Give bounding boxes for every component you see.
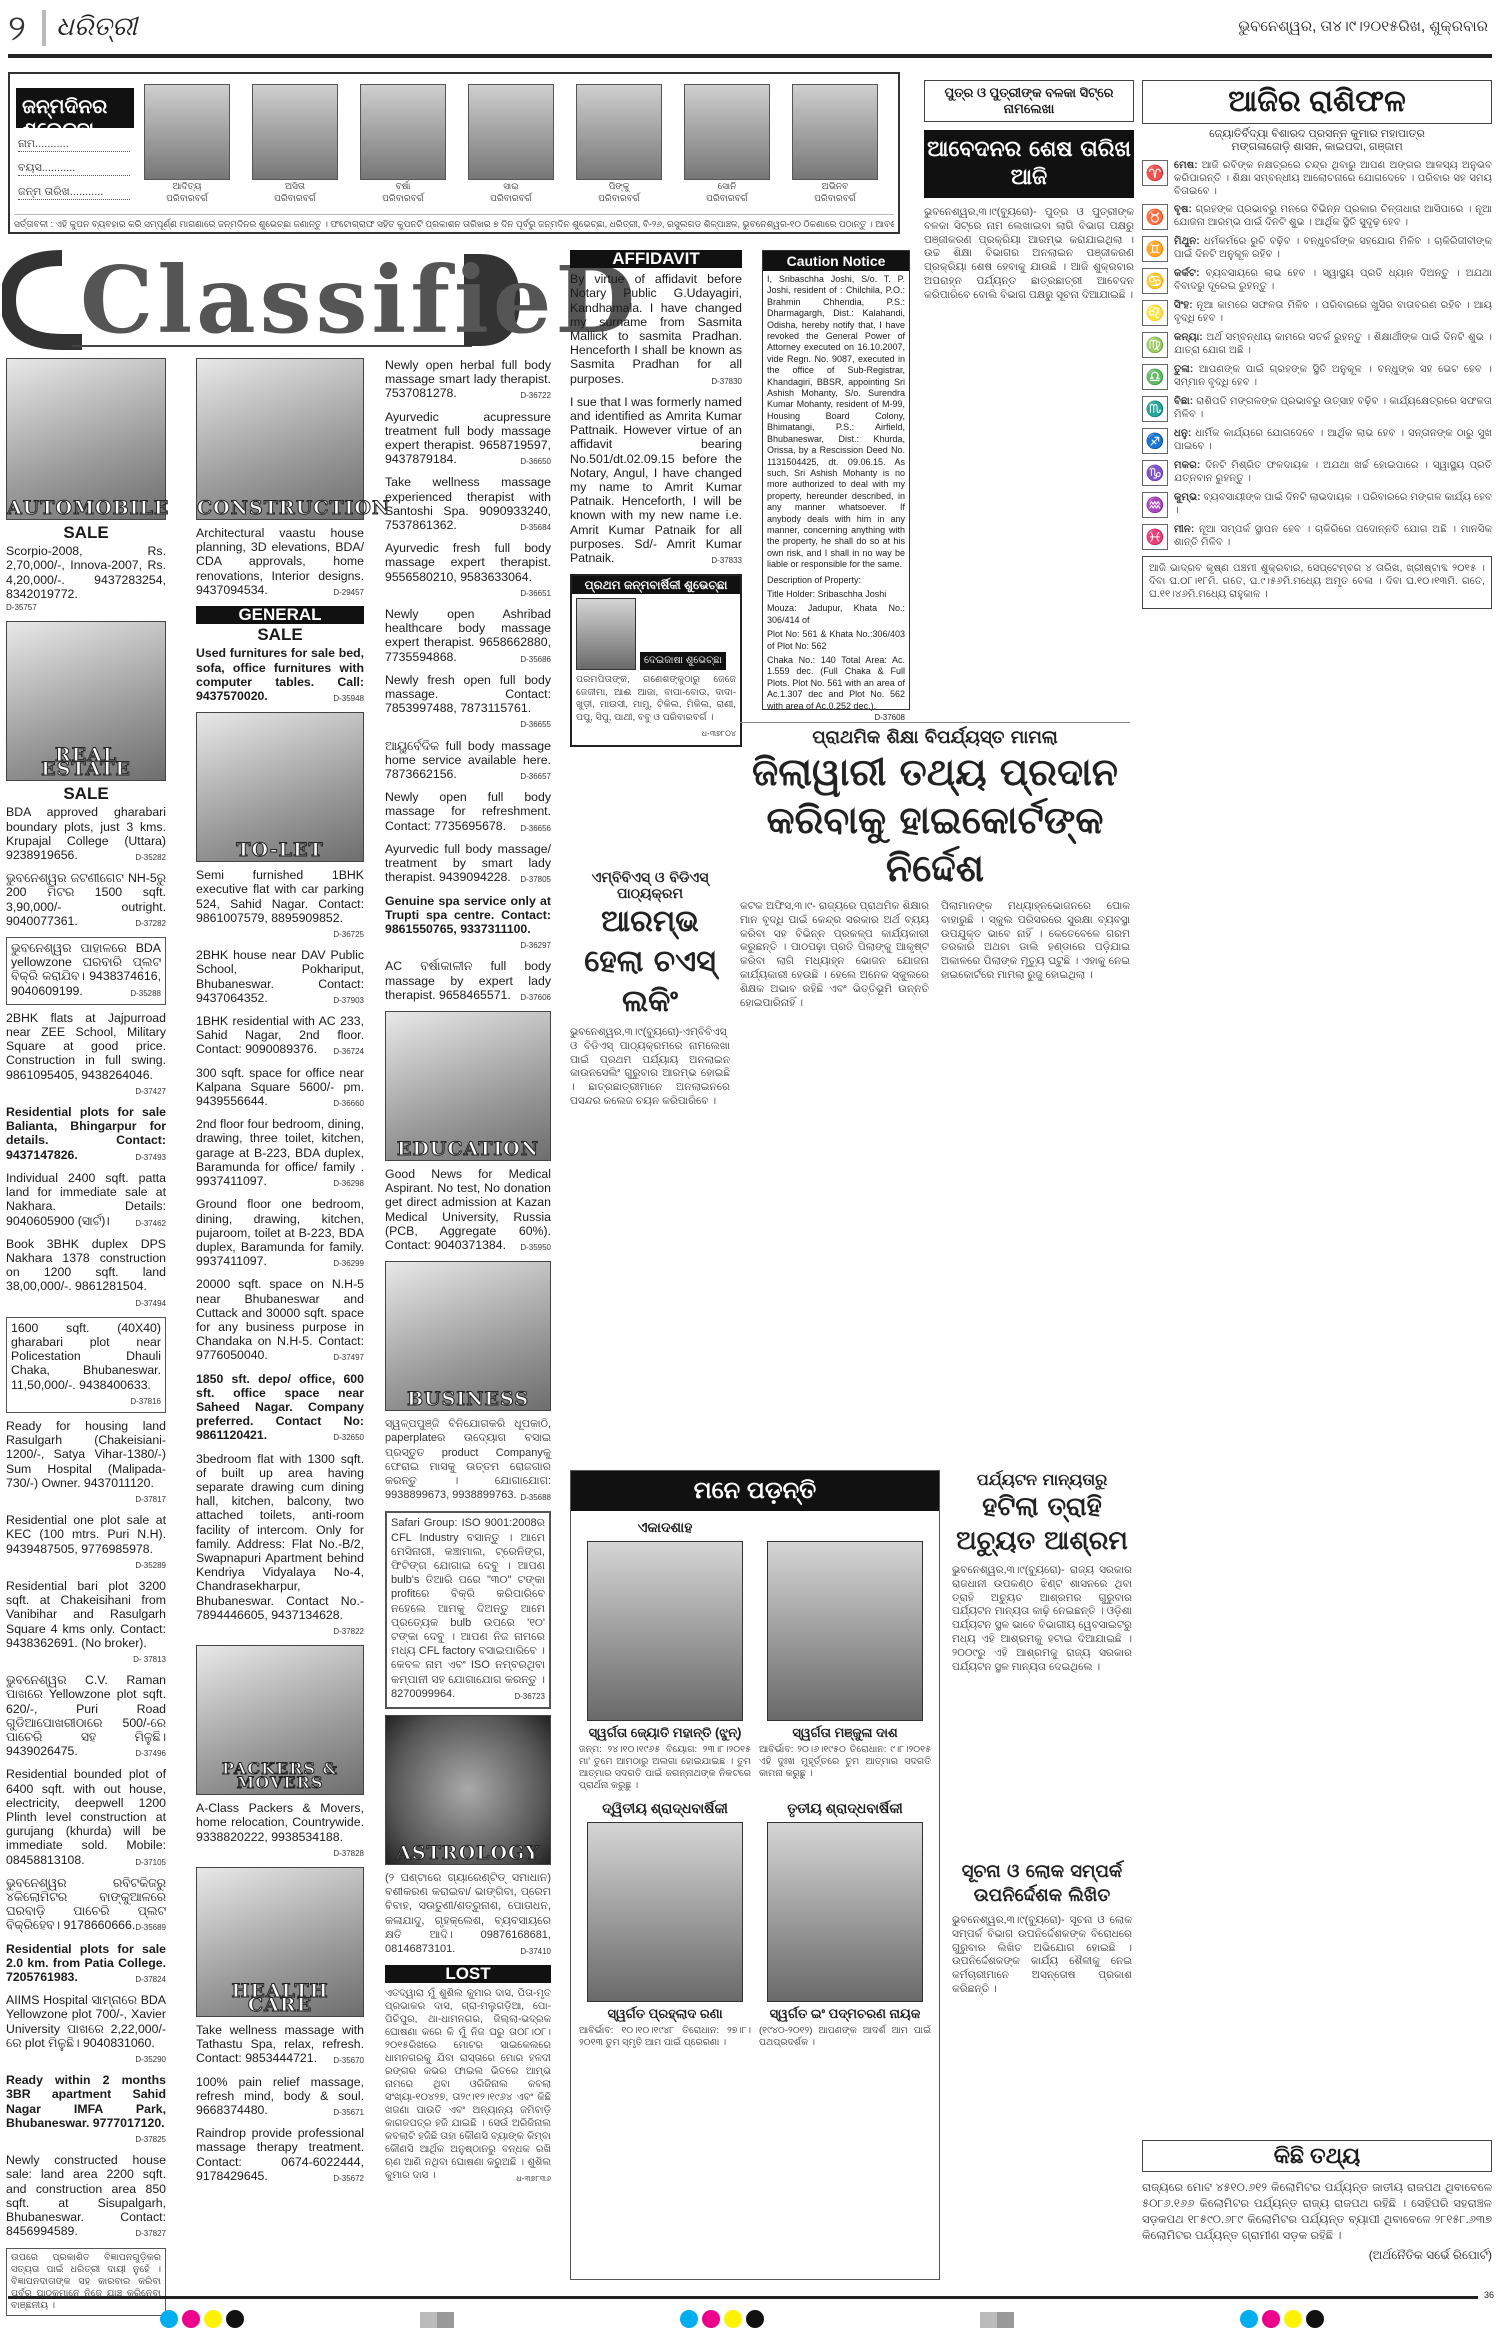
classified-ad: 2BHK flats at Jajpurroad near ZEE School…: [6, 1011, 166, 1099]
classified-ad: Individual 2400 sqft. patta land for imm…: [6, 1171, 166, 1231]
horoscope-section: ଆଜିର ରାଶିଫଳ ଜ୍ୟୋତିର୍ବିଦ୍ୟା ବିଶାରଦ ପ୍ରସନ୍…: [1142, 80, 1492, 609]
classified-ad: Raindrop provide professional massage th…: [196, 2126, 364, 2186]
cyan-dot: [160, 2310, 178, 2328]
classified-ad: Newly open Ashribad healthcare body mass…: [385, 607, 551, 667]
classified-ad: Scorpio-2008, Rs. 2,70,000/-, Innova-200…: [6, 544, 166, 615]
header-divider: [42, 10, 46, 46]
news-high-court: ପ୍ରାଥମିକ ଶିକ୍ଷା ବିପର୍ଯ୍ୟସ୍ତ ମାମଲା ଜିଲାୱା…: [740, 722, 1130, 1010]
classified-banner: ClassifieD: [2, 250, 522, 350]
classified-ad: ସ୍ୱଳ୍ପପୁଞ୍ଜି ବିନିଯୋଗକରି ଧୂପକାଠି, paperpl…: [385, 1417, 551, 1505]
safari-group-ad: Safari Group: ISO 9001:2008ର CFL Industr…: [385, 1511, 551, 1709]
facts-source: (ଅର୍ଥନୈତିକ ସର୍ଭେ ରିପୋର୍ଟ): [1142, 2248, 1492, 2263]
classified-ad: Ayurvedic fresh full body massage expert…: [385, 541, 551, 601]
grey-patch: [980, 2312, 1014, 2328]
zodiac-sign: ♈ମେଷ: ଆଜି ରବିଙ୍କ ନକ୍ଷତ୍ରରେ ଚନ୍ଦ୍ର ଥିବାରୁ…: [1142, 160, 1492, 198]
newspaper-logo: ଧରିତ୍ରୀ: [56, 12, 137, 43]
child-photo: [684, 84, 770, 180]
classified-ad: 1BHK residential with AC 233, Sahid Naga…: [196, 1014, 364, 1060]
first-birthday-heading: ପ୍ରଥମ ଜନ୍ମବାର୍ଷିକୀ ଶୁଭେଚ୍ଛା: [572, 576, 740, 594]
birthday-wishes-panel: ଜନ୍ମଦିନର ଶୁଭେଚ୍ଛା ନାମ........... ବୟସ....…: [8, 72, 900, 234]
classified-ad: Genuine spa service only at Trupti spa c…: [385, 894, 551, 954]
news-headline-1: ଜିଲାୱାରୀ ତଥ୍ୟ ପ୍ରଦାନ: [740, 748, 1130, 796]
cyan-dot: [680, 2310, 698, 2328]
child-photo: [576, 84, 662, 180]
birthday-title: ଜନ୍ମଦିନର ଶୁଭେଚ୍ଛା: [16, 88, 134, 128]
classified-ad: Used furnitures for sale bed, sofa, offi…: [196, 646, 364, 706]
classified-ad: Newly fresh open full body massage. Cont…: [385, 673, 551, 733]
classified-ad: Residential plots for sale Balianta, Bhi…: [6, 1105, 166, 1165]
horoscope-heading: ଆଜିର ରାଶିଫଳ: [1142, 80, 1492, 124]
age-field[interactable]: ବୟସ...........: [18, 162, 130, 176]
health-care-image: HEALTH CARE: [196, 1867, 364, 2017]
zodiac-icon: ♌: [1142, 300, 1168, 326]
classified-ad: 1600 sqft. (40X40) gharabari plot near P…: [6, 1317, 166, 1413]
classified-ad: 2nd floor four bedroom, dining, drawing,…: [196, 1117, 364, 1191]
lost-notice: ଏତଦ୍ୱାରା ମୁଁ ଶୁଶିଲ କୁମାର ଦାସ, ପିତା-ମୃତ ପ…: [385, 1987, 551, 2185]
child-photo: [144, 84, 230, 180]
classified-ad: 2BHK house near DAV Public School, Pokha…: [196, 948, 364, 1008]
grey-patch: [420, 2312, 454, 2328]
zodiac-sign: ♋କର୍କଟ: ବ୍ୟବସାୟରେ ଲାଭ ହେବ । ସ୍ୱାସ୍ଥ୍ୟ ପ୍…: [1142, 268, 1492, 294]
first-birthday-box: ପ୍ରଥମ ଜନ୍ମବାର୍ଷିକୀ ଶୁଭେଚ୍ଛା ଦେଇଜାଷା ଶୁଭେ…: [570, 574, 742, 746]
registration-marks: [680, 2310, 764, 2328]
facts-section: କିଛି ତଥ୍ୟ ରାଜ୍ୟରେ ମୋଟ ୪୫୧୦.୬୧୨ କିଲୋମିଟର …: [1142, 2140, 1492, 2263]
zodiac-icon: ♋: [1142, 268, 1168, 294]
classified-ad: Ayurvedic acupressure treatment full bod…: [385, 410, 551, 470]
to-let-image: TO-LET: [196, 712, 364, 862]
classified-ad: Take wellness massage experienced therap…: [385, 475, 551, 535]
zodiac-sign: ♓ମୀନ: ନୂଆ ସମ୍ପର୍କ ସ୍ଥାପନ ହେବ । ଚାକିରିରେ …: [1142, 524, 1492, 550]
zodiac-icon: ♊: [1142, 236, 1168, 262]
news-kicker: ପର୍ଯ୍ୟଟନ ମାନ୍ୟତାରୁ: [952, 1470, 1132, 1490]
zodiac-sign: ♉ବୃଷ: ଗ୍ରହଙ୍କ ପ୍ରଭାବରୁ ମନରେ ବିଭିନ୍ନ ପ୍ରକ…: [1142, 204, 1492, 230]
classified-ad: Architectural vaastu house planning, 3D …: [196, 526, 364, 600]
classified-ad: Semi furnished 1BHK executive flat with …: [196, 868, 364, 942]
classified-ad: (୨ ଘଣ୍ଟାରେ ଗ୍ୟାରେଣ୍ଟିଡ୍ ସମାଧାନ) ବଶୀକରଣ କ…: [385, 1871, 551, 1959]
lost-heading: LOST: [385, 1965, 551, 1983]
zodiac-sign: ♑ମକର: ଦିନଟି ମିଶ୍ରିତ ଫଳଦାୟକ । ଅଯଥା ଖର୍ଚ୍ଚ…: [1142, 460, 1492, 486]
obituary-photo: [587, 1541, 743, 1721]
child-caption: ବର୍ଷାପରିବାରବର୍ଗ: [368, 180, 438, 204]
classified-ad: Residential one plot sale at KEC (100 mt…: [6, 1513, 166, 1573]
classified-ad: Good News for Medical Aspirant. No test,…: [385, 1167, 551, 1255]
child-caption: ଅସିତାପରିବାରବର୍ଗ: [260, 180, 330, 204]
zodiac-sign: ♐ଧନୁ: ଧାର୍ମିକ କାର୍ଯ୍ୟରେ ଯୋଗଦେବେ । ଆର୍ଥିକ…: [1142, 428, 1492, 454]
general-heading: GENERAL: [196, 606, 364, 624]
classified-ad: Ayurvedic full body massage/ treatment b…: [385, 842, 551, 888]
classified-ad: 20000 sqft. space on N.H-5 near Bhubanes…: [196, 1277, 364, 1365]
business-image: BUSINESS: [385, 1261, 551, 1411]
astrology-label: ASTROLOGY: [386, 1846, 550, 1860]
footer-rule: [8, 2296, 1478, 2299]
classified-wordmark: ClassifieD: [80, 246, 639, 354]
classified-ad: Book 3BHK duplex DPS Nakhara 1378 constr…: [6, 1237, 166, 1311]
affidavit-column: AFFIDAVIT By virtue of affidavit before …: [570, 250, 742, 747]
zodiac-sign: ♒କୁମ୍ଭ: ବ୍ୟବସାୟୀଙ୍କ ପାଇଁ ଦିନଟି ଲାଭଦାୟକ ।…: [1142, 492, 1492, 518]
dateline: ଭୁବନେଶ୍ୱର, ତା୪।୯।୨୦୧୫ରିଖ, ଶୁକ୍ରବାର: [1238, 18, 1488, 35]
classified-ad: By virtue of affidavit before Notary Pub…: [570, 272, 742, 389]
classified-ad: Newly open full body massage for refresh…: [385, 790, 551, 836]
obituary-photo: [587, 1822, 743, 2002]
yellow-dot: [1284, 2310, 1302, 2328]
property-line: Chaka No.: 140 Total Area: Ac. 1.559 dec…: [767, 655, 905, 712]
classified-ad: ଆୟୁର୍ବେଦିକ full body massage home servic…: [385, 739, 551, 785]
black-dot: [226, 2310, 244, 2328]
zodiac-icon: ♐: [1142, 428, 1168, 454]
classified-ad: ଭୁବନେଶ୍ୱର ଜଟଣୀଗେଟ NH-5ରୁ 200 ମିଟର 1500 s…: [6, 871, 166, 931]
zodiac-icon: ♓: [1142, 524, 1168, 550]
astrologer-address: ମଙ୍ଗଳାଜୋଡ଼ି ଶାସନ, କାଇପଦା, ଗଞ୍ଜାମ: [1142, 141, 1492, 154]
yellow-dot: [724, 2310, 742, 2328]
zodiac-icon: ♉: [1142, 204, 1168, 230]
classified-ad: Residential plots for sale 2.0 km. from …: [6, 1942, 166, 1988]
classified-ad: Ground floor one bedroom, dining, drawin…: [196, 1197, 364, 1271]
classified-column-3: Newly open herbal full body massage smar…: [385, 358, 551, 2191]
zodiac-icon: ♑: [1142, 460, 1168, 486]
news-info-department: ସୂଚନା ଓ ଲୋକ ସମ୍ପର୍କ ଉପନିର୍ଦ୍ଦେଶକ ଲିଖିତ ଭ…: [952, 1860, 1132, 1997]
sale-heading: SALE: [6, 787, 166, 801]
classified-ad: 300 sqft. space for office near Kalpana …: [196, 1066, 364, 1112]
classified-column-1: AUTOMOBILE SALE Scorpio-2008, Rs. 2,70,0…: [6, 358, 166, 2322]
child-caption: ଆଦିତ୍ୟପରିବାରବର୍ଗ: [152, 180, 222, 204]
magenta-dot: [182, 2310, 200, 2328]
real-estate-label: REAL ESTATE: [7, 748, 165, 776]
news-kicker: ପ୍ରାଥମିକ ଶିକ୍ଷା ବିପର୍ଯ୍ୟସ୍ତ ମାମଲା: [740, 727, 1130, 748]
health-care-label: HEALTH CARE: [197, 1984, 363, 2012]
education-label: EDUCATION: [386, 1142, 550, 1156]
automobile-image: AUTOMOBILE: [6, 358, 166, 520]
property-line: Mouza: Jadupur, Khata No.: 306/414 of: [767, 603, 905, 626]
construction-label: CONSTRUCTION: [197, 501, 363, 515]
news-column: ପିଲାମାନଙ୍କ ମଧ୍ୟାହ୍ନଭୋଜନରେ ପୋକ ବାହାରୁଛି ।…: [941, 900, 1130, 1010]
classified-ad: Ready within 2 months 3BR apartment Sahi…: [6, 2073, 166, 2147]
registration-marks: [1240, 2310, 1324, 2328]
obituary-heading: ମନେ ପଡ଼ନ୍ତି: [571, 1471, 939, 1511]
news-tourism: ପର୍ଯ୍ୟଟନ ମାନ୍ୟତାରୁ ହଟିଲା ତ୍ରାହି ଅଚ୍ୟୁତ ଆ…: [952, 1470, 1132, 1674]
obituary-item: ତୃତୀୟ ଶ୍ରାଦ୍ଧବାର୍ଷିକୀସ୍ୱର୍ଗତ ଇଂ ପଦ୍ମଚରଣ …: [759, 1800, 931, 2049]
black-dot: [1306, 2310, 1324, 2328]
caution-body: I, Sribaschha Joshi, S/o. T. P. Joshi, r…: [763, 271, 909, 726]
sale-heading: SALE: [6, 526, 166, 540]
facts-body: ରାଜ୍ୟରେ ମୋଟ ୪୫୧୦.୬୧୨ କିଲୋମିଟର ପର୍ଯ୍ୟନ୍ତ …: [1142, 2180, 1492, 2244]
real-estate-image: REAL ESTATE: [6, 621, 166, 781]
classified-ad: I sue that I was formerly named and iden…: [570, 395, 742, 568]
magenta-dot: [702, 2310, 720, 2328]
classified-ad: A-Class Packers & Movers, home relocatio…: [196, 1801, 364, 1861]
name-field[interactable]: ନାମ...........: [18, 138, 130, 152]
child-caption: ସାଇପରିବାରବର୍ଗ: [476, 180, 546, 204]
news-mbbs: ଏମ୍‌ବିବିଏସ୍ ଓ ବିଡିଏସ୍ ପାଠ୍ୟକ୍ରମ ଆରମ୍ଭ ହେ…: [570, 870, 730, 1109]
news-body: ଭୁବନେଶ୍ୱର,୩।୯(ବ୍ୟୁରୋ)- ପୁତ୍ର ଓ ପୁତ୍ରୀଙ୍କ…: [924, 206, 1134, 303]
property-line: Title Holder: Sribaschha Joshi: [767, 589, 905, 600]
news-kicker: ସୂଚନା ଓ ଲୋକ ସମ୍ପର୍କ: [952, 1860, 1132, 1884]
astrologer-name: ଜ୍ୟୋତିର୍ବିଦ୍ୟା ବିଶାରଦ ପ୍ରସନ୍ନ କୁମାର ମହାପ…: [1142, 128, 1492, 141]
panjika-box: ଆଜି ଭାଦ୍ରବ କୃଷ୍ଣ ପଞ୍ଚମୀ ଶୁକ୍ରବାର, ସେପ୍ଟେ…: [1142, 556, 1492, 608]
child-photo: [360, 84, 446, 180]
packers-movers-label: PACKERS & MOVERS: [197, 1762, 363, 1790]
child-caption: ପିଙ୍କୁପରିବାରବର୍ଗ: [584, 180, 654, 204]
child-caption: ସୋନିପରିବାରବର୍ଗ: [692, 180, 762, 204]
classified-ad: AIIMS Hospital ସାମ୍ନାରେ BDA Yellowzone p…: [6, 1993, 166, 2067]
facts-heading: କିଛି ତଥ୍ୟ: [1142, 2140, 1492, 2172]
classified-ad: 3bedroom flat with 1300 sqft. of built u…: [196, 1452, 364, 1640]
news-body: ଭୁବନେଶ୍ୱର,୩।୯(ବ୍ୟୁରୋ)- ରାଜ୍ୟ ସରକାର ରାଜଧା…: [952, 1564, 1132, 1674]
classified-ad: ଭୁବନେଶ୍ୱର C.V. Raman ପାଖରେ Yellowzone pl…: [6, 1673, 166, 1761]
zodiac-sign: ♍କନ୍ୟା: ଅର୍ଥ ସମ୍ବନ୍ଧୀୟ କାମରେ ସତର୍କ ରୁହନ୍…: [1142, 332, 1492, 358]
classified-ad: ଭୁବନେଶ୍ୱର ପାହାଳରେ BDA yellowzone ଘରବାରି …: [6, 937, 166, 1005]
disclaimer-box: ଉପରେ ପ୍ରକାଶିତ ବିଜ୍ଞାପନଗୁଡ଼ିକର ସତ୍ୟତା ପାଇ…: [6, 2248, 166, 2316]
sale-heading: SALE: [196, 628, 364, 642]
property-line: Plot No: 561 & Khata No.:306/403 of Plot…: [767, 629, 905, 652]
registration-marks: [160, 2310, 244, 2328]
cyan-dot: [1240, 2310, 1258, 2328]
classified-ad: Residential bounded plot of 6400 sqft. w…: [6, 1767, 166, 1869]
classified-ad: AC ବର୍ଷାକାଳୀନ full body massage by exper…: [385, 959, 551, 1005]
child-photo: [252, 84, 338, 180]
packers-movers-image: PACKERS & MOVERS: [196, 1645, 364, 1795]
obituary-section: ମନେ ପଡ଼ନ୍ତି ଏକାଦଶାହସ୍ୱର୍ଗତା ଜ୍ୟୋତି ମହାନ୍…: [570, 1470, 940, 2280]
zodiac-icon: ♒: [1142, 492, 1168, 518]
child-photo: [576, 598, 636, 670]
child-photo: [468, 84, 554, 180]
automobile-label: AUTOMOBILE: [7, 501, 165, 515]
child-name: ଦେଇଜାଷା ଶୁଭେଚ୍ଛା: [640, 652, 726, 670]
business-label: BUSINESS: [386, 1392, 550, 1406]
construction-image: CONSTRUCTION: [196, 358, 364, 520]
classified-ad: Ready for housing land Rasulgarh (Chakei…: [6, 1419, 166, 1507]
page-number: ୨: [8, 8, 26, 50]
news-headline: ଆବେଦନର ଶେଷ ତାରିଖ ଆଜି: [924, 130, 1134, 198]
news-kicker: ପୁତ୍ର ଓ ପୁତ୍ରୀଙ୍କ ବଳକା ସିଟ୍‌ରେ ନାମଲେଖା: [924, 80, 1134, 122]
ad-code: ଧ-୩୭୮୦୪: [572, 727, 740, 744]
black-dot: [746, 2310, 764, 2328]
classified-ad: Newly open herbal full body massage smar…: [385, 358, 551, 404]
classified-ad: ଭୁବନେଶ୍ୱର ରବିଟକିଜରୁ ୪କିଲୋମିଟର ବାଙ୍କୁଆଳରେ…: [6, 1876, 166, 1936]
caution-notice: Caution Notice I, Sribaschha Joshi, S/o.…: [762, 250, 910, 710]
classified-ad: Residential bari plot 3200 sqft. at Chak…: [6, 1579, 166, 1667]
zodiac-sign: ♏ବିଛା: ରାଶିପତି ମଙ୍ଗଳଙ୍କ ପ୍ରଭାବରୁ ଉତ୍ସାହ …: [1142, 396, 1492, 422]
news-headline: ଉପନିର୍ଦ୍ଦେଶକ ଲିଖିତ: [952, 1884, 1132, 1908]
obituary-item: ଦ୍ୱିତୀୟ ଶ୍ରାଦ୍ଧବାର୍ଷିକୀସ୍ୱର୍ଗତ ପ୍ରହ୍ଲାଦ …: [579, 1800, 751, 2049]
child-caption: ଅଭିନବପରିବାରବର୍ଗ: [800, 180, 870, 204]
zodiac-icon: ♏: [1142, 396, 1168, 422]
obituary-photo: [767, 1822, 923, 2002]
affidavit-heading: AFFIDAVIT: [570, 250, 742, 268]
classified-ad: Newly constructed house sale: land area …: [6, 2153, 166, 2241]
page-code: 36: [1484, 2290, 1494, 2300]
obituary-item: ସ୍ୱର୍ଗତା ମଞ୍ଜୁଳା ଦାଶଆବିର୍ଭାବ: ୨୦।୬।୧୯୫୦ …: [759, 1519, 931, 1792]
zodiac-icon: ♍: [1142, 332, 1168, 358]
birthdate-field[interactable]: ଜନ୍ମ ତାରିଖ...........: [18, 186, 130, 200]
classified-ad: 100% pain relief massage, refresh mind, …: [196, 2075, 364, 2121]
first-birthday-text: ପରମପିତାଙ୍କ, ଗଣେଶଙ୍କୁଠାରୁ ଜେଜେ ଜେଜୀମା, ଆଈ…: [572, 674, 740, 727]
news-kicker: ଏମ୍‌ବିବିଏସ୍ ଓ ବିଡିଏସ୍ ପାଠ୍ୟକ୍ରମ: [570, 870, 730, 902]
obituary-item: ଏକାଦଶାହସ୍ୱର୍ଗତା ଜ୍ୟୋତି ମହାନ୍ତି (ଝୁନ୍)ଜନ୍…: [579, 1519, 751, 1792]
news-column: କଟକ ଅଫିସ,୩।୯- ରାଜ୍ୟରେ ପ୍ରାଥମିକ ଶିକ୍ଷାର ମ…: [740, 900, 929, 1010]
zodiac-sign: ♎ତୁଳା: ଆପଣଙ୍କ ପାଇଁ ଗ୍ରହଙ୍କ ସ୍ଥିତି ଅନୁକୂଳ…: [1142, 364, 1492, 390]
classified-ad: Take wellness massage with Tathastu Spa,…: [196, 2023, 364, 2069]
classified-column-2: CONSTRUCTION Architectural vaastu house …: [196, 358, 364, 2192]
magenta-dot: [1262, 2310, 1280, 2328]
astrology-image: ASTROLOGY: [385, 1715, 551, 1865]
news-headline-2: କରିବାକୁ ହାଇକୋର୍ଟଙ୍କ ନିର୍ଦ୍ଦେଶ: [740, 796, 1130, 892]
news-admission: ପୁତ୍ର ଓ ପୁତ୍ରୀଙ୍କ ବଳକା ସିଟ୍‌ରେ ନାମଲେଖା ଆ…: [924, 80, 1134, 303]
classified-ad: BDA approved gharabari boundary plots, j…: [6, 805, 166, 865]
zodiac-sign: ♌ସିଂହ: ନୂଆ କାମରେ ସଫଳତା ମିଳିବ । ପରିବାରରେ …: [1142, 300, 1492, 326]
zodiac-icon: ♎: [1142, 364, 1168, 390]
zodiac-sign: ♊ମିଥୁନ: ଧର୍ମକର୍ମରେ ରୁଚି ବଢ଼ିବ । ବନ୍ଧୁବର୍…: [1142, 236, 1492, 262]
classified-ad: 1850 sft. depo/ office, 600 sft. office …: [196, 1372, 364, 1446]
to-let-label: TO-LET: [197, 843, 363, 857]
education-image: EDUCATION: [385, 1011, 551, 1161]
news-headline: ଆରମ୍ଭ ହେଲା ଚଏସ୍ ଲକିଂ: [570, 902, 730, 1022]
birthday-terms: ସର୍ତ୍ତାବଳୀ : ଏହି କୁପନ ବ୍ୟବହାର କରି ସମ୍ପୂର…: [14, 214, 894, 230]
news-body: ଭୁବନେଶ୍ୱର,୩।୯(ବ୍ୟୁରୋ)- ସୂଚନା ଓ ଲୋକ ସମ୍ପର…: [952, 1914, 1132, 1997]
caution-heading: Caution Notice: [763, 251, 909, 271]
news-body: ଭୁବନେଶ୍ୱର,୩।୯(ବ୍ୟୁରୋ)-ଏମ୍‌ବିବିଏସ୍ ଓ ବିଡି…: [570, 1026, 730, 1109]
zodiac-icon: ♈: [1142, 160, 1168, 186]
child-photo: [792, 84, 878, 180]
news-headline: ହଟିଲା ତ୍ରାହି ଅଚ୍ୟୁତ ଆଶ୍ରମ: [952, 1490, 1132, 1558]
yellow-dot: [204, 2310, 222, 2328]
obituary-photo: [767, 1541, 923, 1721]
